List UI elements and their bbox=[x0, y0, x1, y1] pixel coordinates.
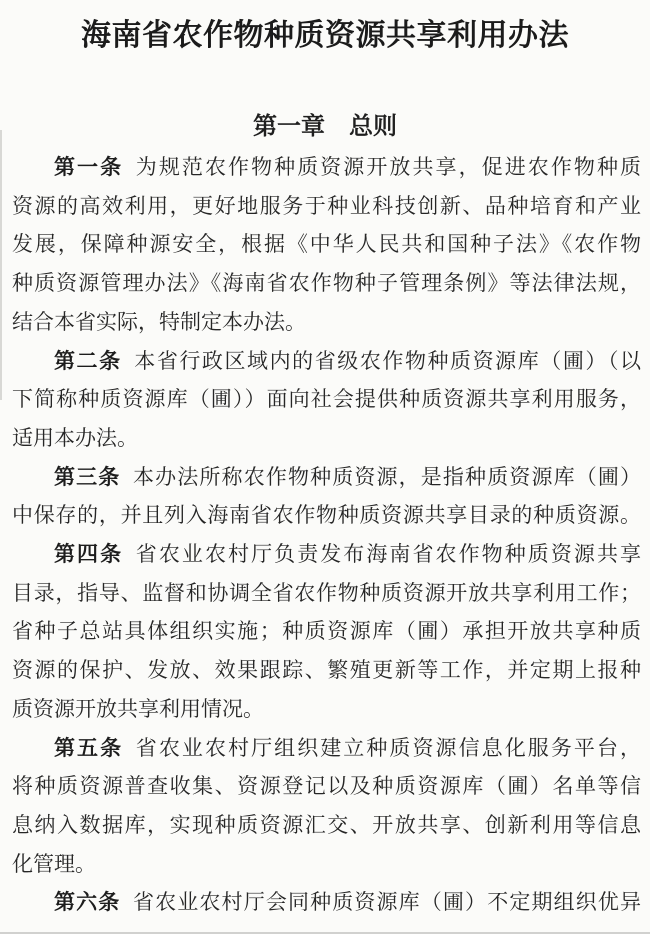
article-number-label: 第三条 bbox=[54, 464, 120, 489]
article-3: 第三条本办法所称农作物种质资源，是指种质资源库（圃）中保存的，并且列入海南省农作… bbox=[12, 458, 641, 535]
text-line: 发展，保障种源安全，根据《中华人民共和国种子法》《农作物 bbox=[12, 225, 641, 264]
text-line: 种质资源管理办法》《海南省农作物种子管理条例》等法律法规， bbox=[12, 264, 641, 303]
article-number-label: 第六条 bbox=[54, 889, 120, 914]
article-text: 省农业农村厅组织建立种质资源信息化服务平台， bbox=[136, 736, 641, 760]
text-line: 将种质资源普查收集、资源登记以及种质资源库（圃）名单等信 bbox=[12, 767, 641, 806]
article-text: 省农业农村厅负责发布海南省农作物种质资源共享 bbox=[136, 542, 641, 566]
text-line: 第二条本省行政区域内的省级农作物种质资源库（圃）（以 bbox=[12, 342, 641, 381]
text-line: 质资源开放共享利用情况。 bbox=[12, 690, 641, 729]
text-line: 资源的保护、发放、效果跟踪、繁殖更新等工作，并定期上报种 bbox=[12, 651, 641, 690]
text-line: 第五条省农业农村厅组织建立种质资源信息化服务平台， bbox=[12, 729, 641, 768]
chapter-name: 总则 bbox=[349, 112, 397, 140]
article-5: 第五条省农业农村厅组织建立种质资源信息化服务平台，将种质资源普查收集、资源登记以… bbox=[12, 729, 641, 884]
article-number-label: 第一条 bbox=[54, 154, 123, 179]
text-line: 目录，指导、监督和协调全省农作物种质资源开放共享利用工作； bbox=[12, 574, 641, 613]
article-text: 本办法所称农作物种质资源，是指种质资源库（圃） bbox=[133, 465, 641, 489]
article-number-label: 第四条 bbox=[54, 541, 123, 566]
text-line: 息纳入数据库，实现种质资源汇交、开放共享、创新利用等信息 bbox=[12, 806, 641, 845]
chapter-heading: 第一章总则 bbox=[0, 110, 650, 142]
chapter-number: 第一章 bbox=[253, 112, 325, 140]
text-line: 下简称种质资源库（圃））面向社会提供种质资源共享利用服务， bbox=[12, 380, 641, 419]
text-line: 第三条本办法所称农作物种质资源，是指种质资源库（圃） bbox=[12, 458, 641, 497]
article-text: 省农业农村厅会同种质资源库（圃）不定期组织优异 bbox=[133, 890, 641, 914]
article-number-label: 第二条 bbox=[54, 348, 122, 373]
text-line: 化管理。 bbox=[12, 845, 641, 884]
article-text: 本省行政区域内的省级农作物种质资源库（圃）（以 bbox=[134, 349, 641, 373]
text-line: 第六条省农业农村厅会同种质资源库（圃）不定期组织优异 bbox=[12, 883, 641, 922]
document-title: 海南省农作物种质资源共享利用办法 bbox=[12, 14, 638, 58]
document-page: 海南省农作物种质资源共享利用办法 第一章总则 第一条为规范农作物种质资源开放共享… bbox=[0, 0, 650, 934]
text-line: 中保存的，并且列入海南省农作物种质资源共享目录的种质资源。 bbox=[12, 496, 641, 535]
article-text: 为规范农作物种质资源开放共享，促进农作物种质 bbox=[136, 155, 641, 179]
document-body: 第一条为规范农作物种质资源开放共享，促进农作物种质资源的高效利用，更好地服务于种… bbox=[12, 148, 641, 922]
text-line: 适用本办法。 bbox=[12, 419, 641, 458]
article-1: 第一条为规范农作物种质资源开放共享，促进农作物种质资源的高效利用，更好地服务于种… bbox=[12, 148, 641, 342]
text-line: 省种子总站具体组织实施；种质资源库（圃）承担开放共享种质 bbox=[12, 612, 641, 651]
text-line: 第一条为规范农作物种质资源开放共享，促进农作物种质 bbox=[12, 148, 641, 187]
article-2: 第二条本省行政区域内的省级农作物种质资源库（圃）（以下简称种质资源库（圃））面向… bbox=[12, 342, 641, 458]
text-line: 结合本省实际，特制定本办法。 bbox=[12, 303, 641, 342]
text-line: 第四条省农业农村厅负责发布海南省农作物种质资源共享 bbox=[12, 535, 641, 574]
article-number-label: 第五条 bbox=[54, 735, 123, 760]
article-6: 第六条省农业农村厅会同种质资源库（圃）不定期组织优异 bbox=[12, 883, 641, 922]
text-line: 资源的高效利用，更好地服务于种业科技创新、品种培育和产业 bbox=[12, 187, 641, 226]
article-4: 第四条省农业农村厅负责发布海南省农作物种质资源共享目录，指导、监督和协调全省农作… bbox=[12, 535, 641, 729]
scan-edge-artifact-left bbox=[0, 130, 2, 400]
